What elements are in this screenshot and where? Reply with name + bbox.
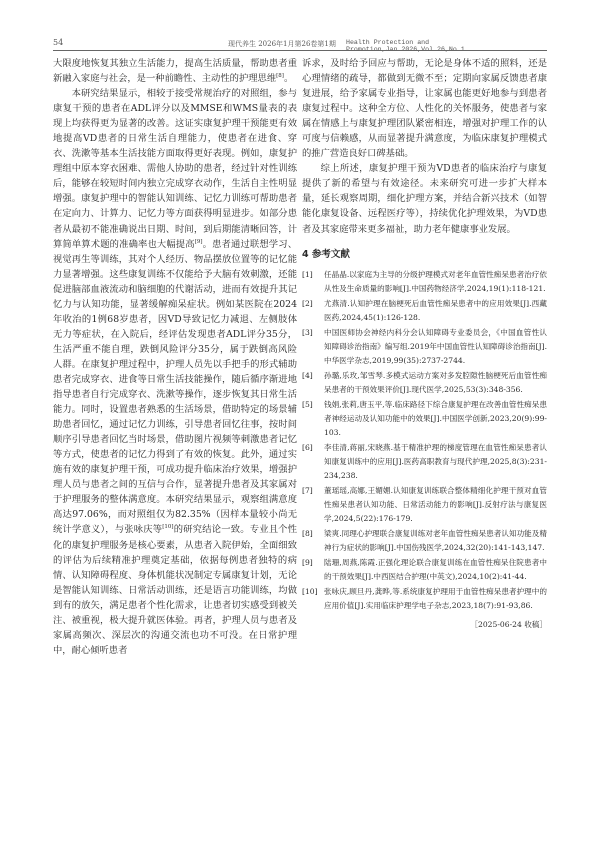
right-column: 诉求，及时给予回应与帮助，无论是身体不适的照料，还是心理情绪的疏导，都做到无微不… — [302, 56, 547, 632]
reference-number: [9] — [302, 556, 324, 584]
paragraph: 大限度地恢复其独立生活能力，提高生活质量，帮助患者重新融入家庭与社会，是一种前瞻… — [53, 56, 297, 86]
reference-number: [8] — [302, 527, 324, 555]
reference-number: [2] — [302, 297, 324, 325]
reference-item: [9]陆珊,周燕,陈霞.正强化理论联合康复训练在血管性痴呆住院患者中的干预效果[… — [302, 556, 547, 584]
citation: [9] — [195, 239, 203, 245]
paragraph-tail: 。 — [284, 73, 293, 84]
reference-number: [5] — [302, 398, 324, 440]
left-column: 大限度地恢复其独立生活能力，提高生活质量，帮助患者重新融入家庭与社会，是一种前瞻… — [53, 56, 297, 658]
reference-text: 陆珊,周燕,陈霞.正强化理论联合康复训练在血管性痴呆住院患者中的干预效果[J].… — [324, 556, 547, 584]
reference-item: [10]张咏庆,顾旦丹,龚晔,等.系统康复护理用于血管性痴呆患者护理中的应用价值… — [302, 585, 547, 613]
reference-number: [7] — [302, 484, 324, 526]
reference-text: 尤燕清.认知护理在脑梗死后血管性痴呆患者中的应用效果[J].西藏医药,2024,… — [324, 297, 547, 325]
reference-item: [3]中国医师协会神经内科分会认知障碍专业委员会，《中国血管性认知障碍诊治指南》… — [302, 326, 547, 368]
paragraph-text: 本研究结果显示，相较于接受常规治疗的对照组，参与康复干预的患者在ADL评分以及M… — [53, 88, 297, 249]
reference-number: [4] — [302, 369, 324, 397]
reference-number: [6] — [302, 441, 324, 483]
reference-item: [8]梁爽.同理心护理联合康复训练对老年血管性痴呆患者认知功能及精神行为症状的影… — [302, 527, 547, 555]
reference-item: [6]李佳清,蒋丽,宋晓燕.基于精准护理的梯度管理在血管性痴呆患者认知康复训练中… — [302, 441, 547, 483]
reference-text: 张咏庆,顾旦丹,龚晔,等.系统康复护理用于血管性痴呆患者护理中的应用价值[J].… — [324, 585, 547, 613]
citation: [8] — [276, 73, 284, 79]
paragraph: 诉求，及时给予回应与帮助，无论是身体不适的照料，还是心理情绪的疏导，都做到无微不… — [302, 56, 547, 161]
reference-text: 孙璐,乐玫,邹雪琴.多模式运动方案对多发腔隙性脑梗死后血管性痴呆患者的干预效果评… — [324, 369, 547, 397]
header-rule — [53, 50, 547, 51]
reference-text: 梁爽.同理心护理联合康复训练对老年血管性痴呆患者认知功能及精神行为症状的影响[J… — [324, 527, 547, 555]
reference-text: 李佳清,蒋丽,宋晓燕.基于精准护理的梯度管理在血管性痴呆患者认知康复训练中的应用… — [324, 441, 547, 483]
running-header: 54 现代养生 2026年1月第26卷第1期 Health Protection… — [53, 38, 547, 50]
received-date: ［2025-06-24 收稿］ — [302, 617, 547, 632]
paragraph-text: 大限度地恢复其独立生活能力，提高生活质量，帮助患者重新融入家庭与社会，是一种前瞻… — [53, 58, 297, 84]
journal-title-cn: 现代养生 2026年1月第26卷第1期 — [228, 39, 336, 49]
citation: [10] — [162, 524, 173, 530]
reference-item: [7]董瑶瑶,高娜,王媚媚.认知康复训练联合整体精细化护理干预对血管性痴呆患者认… — [302, 484, 547, 526]
reference-item: [4]孙璐,乐玫,邹雪琴.多模式运动方案对多发腔隙性脑梗死后血管性痴呆患者的干预… — [302, 369, 547, 397]
reference-number: [10] — [302, 585, 324, 613]
page-number: 54 — [53, 38, 63, 47]
reference-text: 任晶晶.以家庭为主导的分级护理模式对老年血管性痴呆患者治疗依从性及生命质量的影响… — [324, 268, 547, 296]
reference-item: [2]尤燕清.认知护理在脑梗死后血管性痴呆患者中的应用效果[J].西藏医药,20… — [302, 297, 547, 325]
reference-number: [1] — [302, 268, 324, 296]
reference-number: [3] — [302, 326, 324, 368]
reference-item: [5]钱娟,张莉,唐玉平,等.临床路径下综合康复护理在改善血管性痴呆患者神经运动… — [302, 398, 547, 440]
reference-text: 钱娟,张莉,唐玉平,等.临床路径下综合康复护理在改善血管性痴呆患者神经运动及认知… — [324, 398, 547, 440]
reference-text: 董瑶瑶,高娜,王媚媚.认知康复训练联合整体精细化护理干预对血管性痴呆患者认知功能… — [324, 484, 547, 526]
section-title-references: 4 参考文献 — [302, 247, 547, 262]
reference-item: [1]任晶晶.以家庭为主导的分级护理模式对老年血管性痴呆患者治疗依从性及生命质量… — [302, 268, 547, 296]
reference-list: [1]任晶晶.以家庭为主导的分级护理模式对老年血管性痴呆患者治疗依从性及生命质量… — [302, 268, 547, 613]
paragraph-text: 。患者通过联想学习、视觉再生等训练，其对个人经历、物品摆放位置等的记忆能力显著增… — [53, 239, 297, 536]
paragraph-text: 的研究结论一致。专业且个性化的康复护理服务是核心要素，从患者入院伊始，全面细致的… — [53, 524, 297, 655]
conclusion-paragraph: 综上所述，康复护理干预为VD患者的临床治疗与康复提供了新的希望与有效途径。未来研… — [302, 161, 547, 236]
paragraph: 本研究结果显示，相较于接受常规治疗的对照组，参与康复干预的患者在ADL评分以及M… — [53, 86, 297, 658]
reference-text: 中国医师协会神经内科分会认知障碍专业委员会，《中国血管性认知障碍诊治指南》编写组… — [324, 326, 547, 368]
